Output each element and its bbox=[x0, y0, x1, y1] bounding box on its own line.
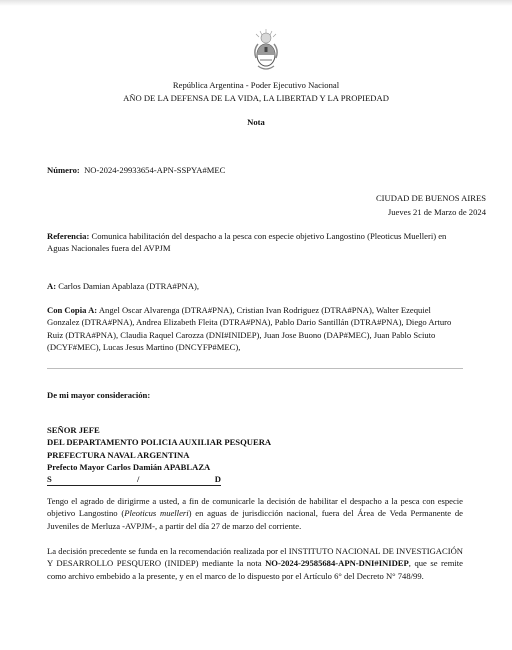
cc-label: Con Copia A: bbox=[47, 305, 97, 315]
sd-signature-line: S / D bbox=[47, 474, 221, 486]
p2-note-ref: NO-2024-29585684-APN-DNI#INIDEP bbox=[265, 558, 409, 568]
reference-text: Comunica habilitación del despacho a la … bbox=[47, 231, 446, 253]
to-label: A: bbox=[47, 281, 56, 291]
addressee-line: DEL DEPARTAMENTO POLICIA AUXILIAR PESQUE… bbox=[47, 436, 463, 448]
number-value: NO-2024-29933654-APN-SSPYA#MEC bbox=[84, 165, 225, 175]
reference-label: Referencia: bbox=[47, 231, 89, 241]
addressee-line: SEÑOR JEFE bbox=[47, 424, 463, 436]
institution-line: República Argentina - Poder Ejecutivo Na… bbox=[0, 79, 512, 91]
number-label: Número: bbox=[47, 165, 80, 175]
date: Jueves 21 de Marzo de 2024 bbox=[388, 206, 486, 218]
reference: Referencia: Comunica habilitación del de… bbox=[47, 230, 463, 255]
separator-line bbox=[47, 368, 463, 369]
addressee-line: Prefecto Mayor Carlos Damián APABLAZA bbox=[47, 461, 463, 473]
addressee-block: SEÑOR JEFE DEL DEPARTAMENTO POLICIA AUXI… bbox=[47, 424, 463, 474]
paragraph-1: Tengo el agrado de dirigirme a usted, a … bbox=[47, 495, 463, 532]
city: CIUDAD DE BUENOS AIRES bbox=[376, 192, 486, 204]
to-text: Carlos Damian Apablaza (DTRA#PNA), bbox=[58, 281, 199, 291]
document-number: Número: NO-2024-29933654-APN-SSPYA#MEC bbox=[47, 164, 225, 176]
year-motto: AÑO DE LA DEFENSA DE LA VIDA, LA LIBERTA… bbox=[0, 92, 512, 104]
document-page: República Argentina - Poder Ejecutivo Na… bbox=[0, 0, 512, 650]
paragraph-2: La decisión precedente se funda en la re… bbox=[47, 545, 463, 582]
doc-type-title: Nota bbox=[0, 116, 512, 128]
sd-d: D bbox=[215, 474, 221, 485]
argentina-coat-of-arms-icon bbox=[248, 28, 284, 76]
cc-text: Angel Oscar Alvarenga (DTRA#PNA), Cristi… bbox=[47, 305, 451, 352]
sd-slash: / bbox=[137, 474, 139, 485]
addressee-line: PREFECTURA NAVAL ARGENTINA bbox=[47, 449, 463, 461]
sd-s: S bbox=[47, 474, 52, 485]
carbon-copy: Con Copia A: Angel Oscar Alvarenga (DTRA… bbox=[47, 304, 463, 353]
p1-species: Pleoticus muelleri bbox=[124, 508, 188, 518]
salutation: De mi mayor consideración: bbox=[47, 389, 463, 401]
recipient: A: Carlos Damian Apablaza (DTRA#PNA), bbox=[47, 280, 463, 292]
